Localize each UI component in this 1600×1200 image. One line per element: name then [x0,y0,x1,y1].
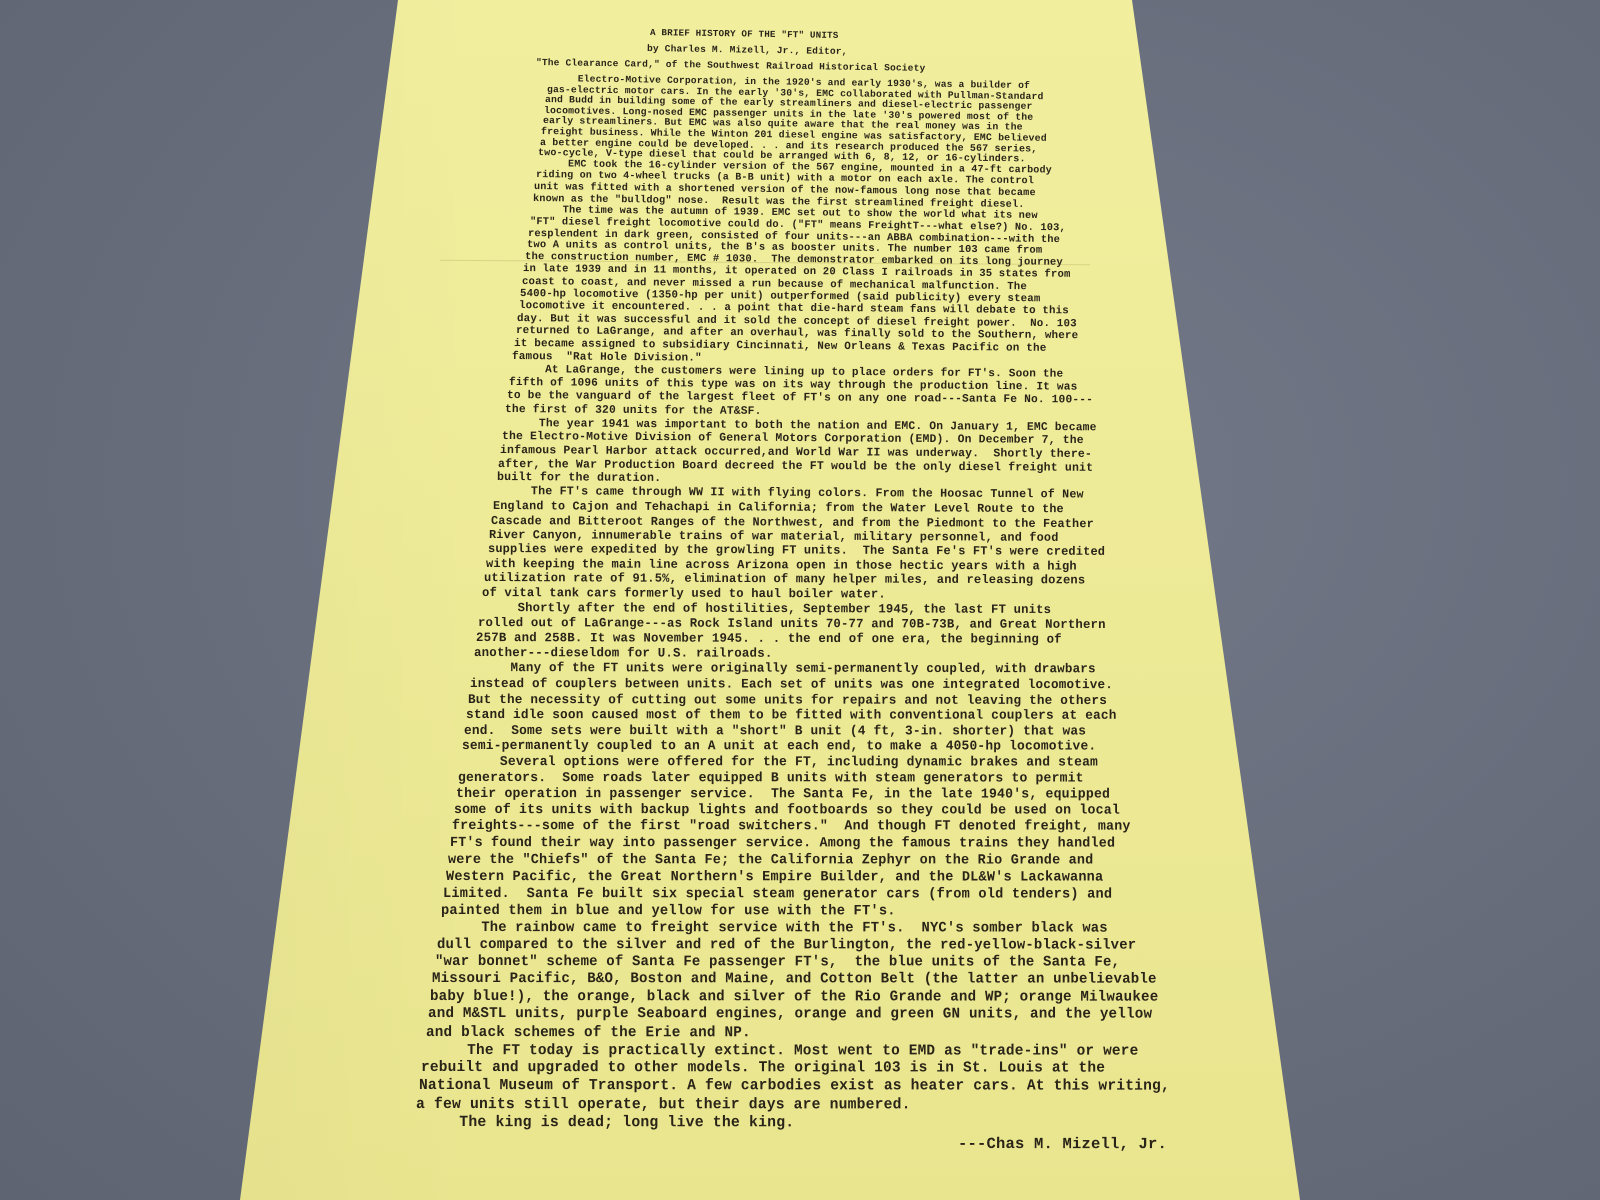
text-line: were the "Chiefs" of the Santa Fe; the C… [448,853,1093,868]
byline: "The Clearance Card," of the Southwest R… [536,58,926,73]
text-line: utilization rate of 91.5%, elimination o… [484,572,1085,587]
text-line: end. Some sets were built with a "short"… [464,724,1086,738]
text-line: FT's found their way into passenger serv… [450,837,1115,852]
text-line: and black schemes of the Erie and NP. [426,1025,751,1040]
text-line: and M&STL units, purple Seaboard engines… [428,1007,1152,1023]
text-line: their operation in passenger service. Th… [456,788,1110,802]
text-line: Shortly after the end of hostilities, Se… [480,602,1051,617]
text-line: the first of 320 units for the AT&SF. [505,404,762,417]
text-line: with keeping the main line across Arizon… [486,558,1077,573]
text-line: Several options were offered for the FT,… [460,756,1098,770]
document: A BRIEF HISTORY OF THE "FT" UNITSby Char… [0,0,1600,1200]
text-line: The FT today is practically extinct. Mos… [423,1043,1138,1059]
document-title: A BRIEF HISTORY OF THE "FT" UNITS [650,28,839,40]
text-line: rebuilt and upgraded to other models. Th… [421,1060,1105,1076]
text-line: stand idle soon caused most of them to b… [466,708,1117,722]
text-line: painted them in blue and yellow for use … [441,904,896,919]
byline: by Charles M. Mizell, Jr., Editor, [647,44,848,57]
text-line: supplies were expedited by the growling … [488,543,1105,558]
text-line: Missouri Pacific, B&O, Boston and Maine,… [432,972,1157,987]
text-line: But the necessity of cutting out some un… [468,693,1107,707]
text-line: rolled out of LaGrange---as Rock Island … [478,617,1106,632]
text-line: 257B and 258B. It was November 1945. . .… [476,632,1062,646]
text-line: England to Cajon and Tehachapi in Califo… [493,500,1064,515]
text-line: Limited. Santa Fe built six special stea… [443,887,1112,902]
text-line: Cascade and Bitteroot Ranges of the Nort… [491,515,1094,530]
text-line: National Museum of Transport. A few carb… [419,1078,1170,1094]
text-line: "war bonnet" scheme of Santa Fe passenge… [435,955,1120,970]
text-line: baby blue!), the orange, black and silve… [430,990,1158,1005]
text-line: instead of couplers between units. Each … [470,677,1113,691]
text-line: a few units still operate, but their day… [416,1097,911,1113]
signature: ---Chas M. Mizell, Jr. [958,1137,1167,1153]
text-line: dull compared to the silver and red of t… [437,938,1136,953]
text-line: Many of the FT units were originally sem… [472,662,1096,676]
text-line: Western Pacific, the Great Northern's Em… [445,870,1102,885]
text-line: another---dieseldom for U.S. railroads. [474,647,773,661]
text-line: The king is dead; long live the king. [414,1115,794,1131]
text-line: semi-permanently coupled to an A unit at… [462,740,1096,754]
text-line: some of its units with backup lights and… [454,804,1120,818]
text-line: generators. Some roads later equipped B … [458,772,1084,786]
text-line: of vital tank cars formerly used to haul… [482,587,886,601]
text-line: famous "Rat Hole Division." [512,352,702,365]
text-line: freights---some of the first "road switc… [452,820,1131,834]
text-line: The rainbow came to freight service with… [439,921,1108,936]
